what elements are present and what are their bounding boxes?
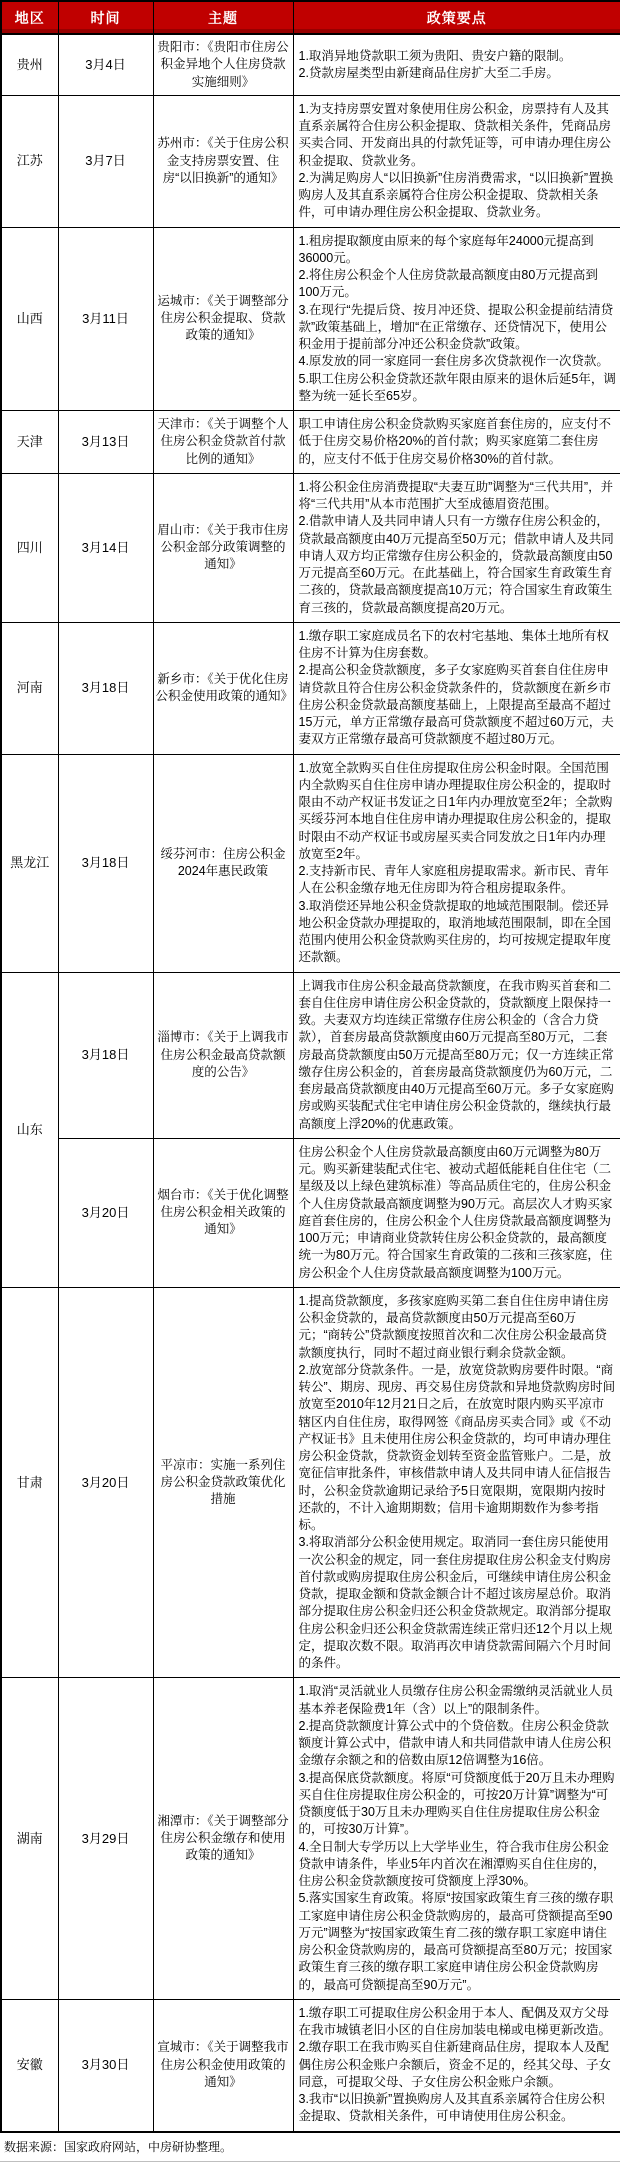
topic-cell: 眉山市：《关于我市住房公积金部分政策调整的通知》: [153, 473, 293, 622]
region-cell: 四川: [1, 473, 58, 622]
policy-cell: 1.缴存职工家庭成员名下的农村宅基地、集体土地所有权住房不计算为住房套数。 2.…: [293, 622, 620, 754]
region-cell: 贵州: [1, 34, 58, 95]
column-header-region: 地区: [1, 1, 58, 34]
topic-cell: 贵阳市：《贵阳市住房公积金异地个人住房贷款实施细则》: [153, 34, 293, 95]
table-row: 河南 3月18日 新乡市：《关于优化住房公积金使用政策的通知》 1.缴存职工家庭…: [1, 622, 620, 754]
table-row: 黑龙江 3月18日 绥芬河市：住房公积金2024年惠民政策 1.放宽全款购买自住…: [1, 754, 620, 972]
date-cell: 3月29日: [58, 1678, 153, 2000]
region-cell: 江苏: [1, 95, 58, 227]
policy-cell: 1.租房提取额度由原来的每个家庭每年24000元提高到36000元。 2.将住房…: [293, 227, 620, 411]
column-header-topic: 主题: [153, 1, 293, 34]
region-cell: 安徽: [1, 1999, 58, 2131]
date-cell: 3月18日: [58, 754, 153, 972]
topic-cell: 平凉市：实施一系列住房公积金贷款政策优化措施: [153, 1287, 293, 1678]
table-row: 山东 3月18日 淄博市：《关于上调我市住房公积金最高贷款额度的公告》 上调我市…: [1, 972, 620, 1138]
policy-cell: 上调我市住房公积金最高贷款额度，在我市购买首套和二套自住住房申请住房公积金贷款的…: [293, 972, 620, 1138]
table-row: 湖南 3月29日 湘潭市：《关于调整部分住房公积金缴存和使用政策的通知》 1.取…: [1, 1678, 620, 2000]
header-row: 地区 时间 主题 政策要点: [1, 1, 620, 34]
policy-cell: 1.为支持房票安置对象使用住房公积金，房票持有人及其直系亲属符合住房公积金提取、…: [293, 95, 620, 227]
date-cell: 3月13日: [58, 411, 153, 474]
date-cell: 3月20日: [58, 1287, 153, 1678]
column-header-policy: 政策要点: [293, 1, 620, 34]
table-row: 天津 3月13日 天津市：《关于调整个人住房公积金贷款首付款比例的通知》 职工申…: [1, 411, 620, 474]
date-cell: 3月4日: [58, 34, 153, 95]
table-row: 山西 3月11日 运城市：《关于调整部分住房公积金提取、贷款政策的通知》 1.租…: [1, 227, 620, 411]
date-cell: 3月18日: [58, 972, 153, 1138]
policy-cell: 职工申请住房公积金贷款购买家庭首套住房的，应支付不低于住房交易价格20%的首付款…: [293, 411, 620, 474]
table-row: 3月20日 烟台市：《关于优化调整住房公积金相关政策的通知》 住房公积金个人住房…: [1, 1138, 620, 1287]
policy-table: 地区 时间 主题 政策要点 贵州 3月4日 贵阳市：《贵阳市住房公积金异地个人住…: [0, 0, 620, 2133]
topic-cell: 湘潭市：《关于调整部分住房公积金缴存和使用政策的通知》: [153, 1678, 293, 2000]
region-cell: 黑龙江: [1, 754, 58, 972]
policy-cell: 1.取消异地贷款职工须为贵阳、贵安户籍的限制。 2.贷款房屋类型由新建商品住房扩…: [293, 34, 620, 95]
topic-cell: 天津市：《关于调整个人住房公积金贷款首付款比例的通知》: [153, 411, 293, 474]
table-row: 安徽 3月30日 宣城市：《关于调整我市住房公积金使用政策的通知》 1.缴存职工…: [1, 1999, 620, 2131]
region-cell: 河南: [1, 622, 58, 754]
region-cell: 天津: [1, 411, 58, 474]
date-cell: 3月14日: [58, 473, 153, 622]
topic-cell: 新乡市：《关于优化住房公积金使用政策的通知》: [153, 622, 293, 754]
topic-cell: 运城市：《关于调整部分住房公积金提取、贷款政策的通知》: [153, 227, 293, 411]
region-cell: 湖南: [1, 1678, 58, 2000]
topic-cell: 淄博市：《关于上调我市住房公积金最高贷款额度的公告》: [153, 972, 293, 1138]
column-header-date: 时间: [58, 1, 153, 34]
policy-cell: 1.提高贷款额度，多孩家庭购买第二套自住住房申请住房公积金贷款的，最高贷款额度由…: [293, 1287, 620, 1678]
topic-cell: 苏州市：《关于住房公积金支持房票安置、住房“以旧换新”的通知》: [153, 95, 293, 227]
region-cell: 山西: [1, 227, 58, 411]
date-cell: 3月18日: [58, 622, 153, 754]
date-cell: 3月20日: [58, 1138, 153, 1287]
policy-cell: 1.缴存职工可提取住房公积金用于本人、配偶及双方父母在我市城镇老旧小区的自住房加…: [293, 1999, 620, 2131]
topic-cell: 烟台市：《关于优化调整住房公积金相关政策的通知》: [153, 1138, 293, 1287]
policy-cell: 1.将公积金住房消费提取“夫妻互助”调整为“三代共用”，并将“三代共用”从本市范…: [293, 473, 620, 622]
data-source-note: 数据来源：国家政府网站，中房研协整理。: [0, 2133, 620, 2162]
region-cell-merged: 山东: [1, 972, 58, 1287]
policy-cell: 住房公积金个人住房贷款最高额度由60万元调整为80万元。购买新建装配式住宅、被动…: [293, 1138, 620, 1287]
table-row: 四川 3月14日 眉山市：《关于我市住房公积金部分政策调整的通知》 1.将公积金…: [1, 473, 620, 622]
date-cell: 3月30日: [58, 1999, 153, 2131]
policy-cell: 1.取消“灵活就业人员缴存住房公积金需缴纳灵活就业人员基本养老保险费1年（含）以…: [293, 1678, 620, 2000]
table-row: 甘肃 3月20日 平凉市：实施一系列住房公积金贷款政策优化措施 1.提高贷款额度…: [1, 1287, 620, 1678]
date-cell: 3月7日: [58, 95, 153, 227]
region-cell: 甘肃: [1, 1287, 58, 1678]
topic-cell: 宣城市：《关于调整我市住房公积金使用政策的通知》: [153, 1999, 293, 2131]
table-row: 江苏 3月7日 苏州市：《关于住房公积金支持房票安置、住房“以旧换新”的通知》 …: [1, 95, 620, 227]
date-cell: 3月11日: [58, 227, 153, 411]
policy-cell: 1.放宽全款购买自住住房提取住房公积金时限。全国范围内全款购买自住住房申请办理提…: [293, 754, 620, 972]
topic-cell: 绥芬河市：住房公积金2024年惠民政策: [153, 754, 293, 972]
table-row: 贵州 3月4日 贵阳市：《贵阳市住房公积金异地个人住房贷款实施细则》 1.取消异…: [1, 34, 620, 95]
